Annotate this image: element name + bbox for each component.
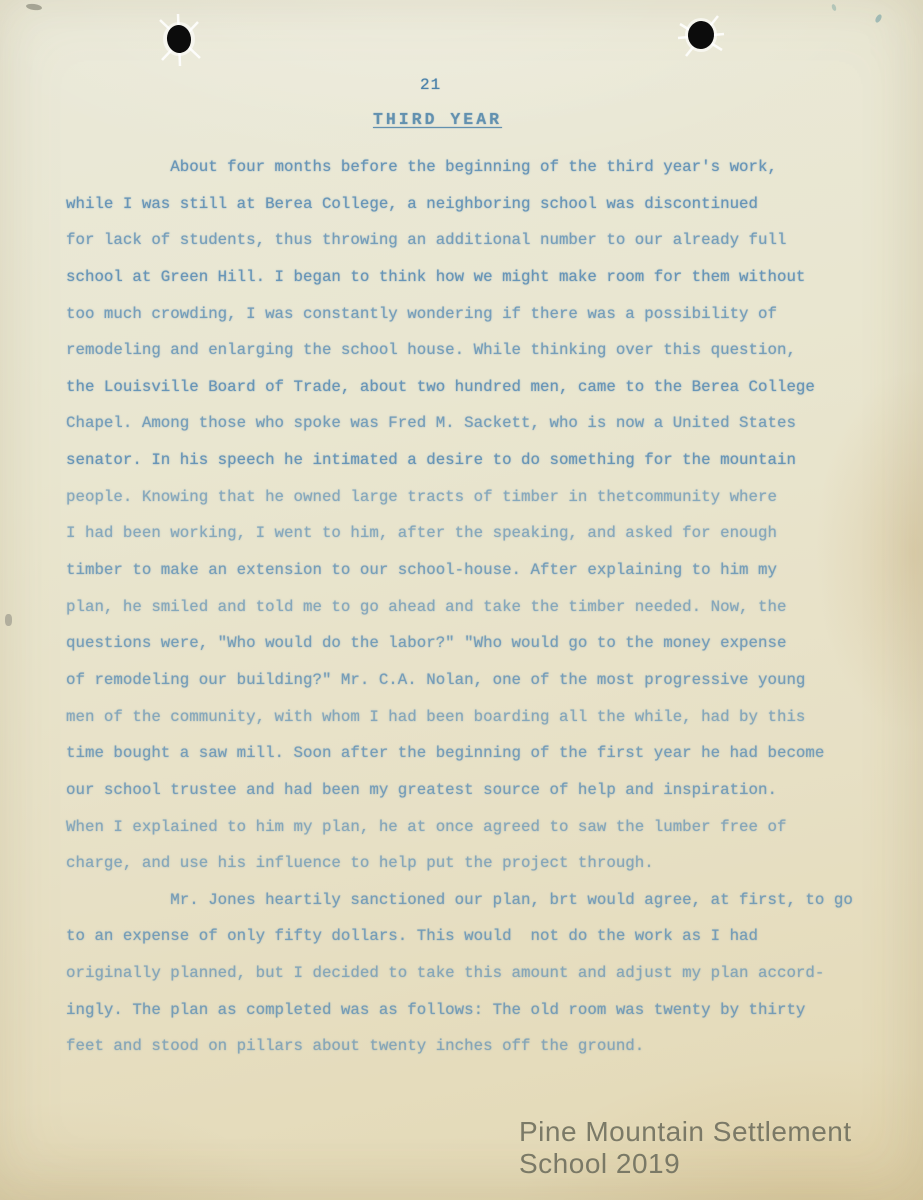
paper-speck	[874, 13, 883, 23]
punch-hole-left	[148, 8, 212, 72]
text-line: feet and stood on pillars about twenty i…	[66, 1028, 890, 1065]
text-line: time bought a saw mill. Soon after the b…	[66, 735, 890, 772]
scanned-document-page: 21 THIRD YEAR About four months before t…	[0, 0, 923, 1200]
text-line: questions were, "Who would do the labor?…	[66, 625, 890, 662]
text-line: people. Knowing that he owned large trac…	[66, 479, 890, 516]
page-number: 21	[420, 76, 441, 94]
text-line: remodeling and enlarging the school hous…	[66, 332, 890, 369]
paper-speck	[831, 4, 837, 12]
punch-hole-right	[670, 4, 734, 68]
text-line: senator. In his speech he intimated a de…	[66, 442, 890, 479]
text-line: our school trustee and had been my great…	[66, 772, 890, 809]
text-line: ingly. The plan as completed was as foll…	[66, 992, 890, 1029]
paper-speck	[5, 614, 12, 626]
text-line: originally planned, but I decided to tak…	[66, 955, 890, 992]
text-line: the Louisville Board of Trade, about two…	[66, 369, 890, 406]
text-line: charge, and use his influence to help pu…	[66, 845, 890, 882]
text-line: Chapel. Among those who spoke was Fred M…	[66, 405, 890, 442]
text-line: timber to make an extension to our schoo…	[66, 552, 890, 589]
text-line: too much crowding, I was constantly wond…	[66, 296, 890, 333]
text-line: Mr. Jones heartily sanctioned our plan, …	[66, 882, 890, 919]
text-line: men of the community, with whom I had be…	[66, 699, 890, 736]
page-title: THIRD YEAR	[373, 110, 502, 129]
text-line: school at Green Hill. I began to think h…	[66, 259, 890, 296]
text-line: to an expense of only fifty dollars. Thi…	[66, 918, 890, 955]
text-line: for lack of students, thus throwing an a…	[66, 222, 890, 259]
paper-speck	[26, 3, 43, 11]
text-line: I had been working, I went to him, after…	[66, 515, 890, 552]
text-line: of remodeling our building?" Mr. C.A. No…	[66, 662, 890, 699]
text-line: When I explained to him my plan, he at o…	[66, 809, 890, 846]
document-body: About four months before the beginning o…	[66, 149, 890, 1065]
text-line: while I was still at Berea College, a ne…	[66, 186, 890, 223]
text-line: About four months before the beginning o…	[66, 149, 890, 186]
watermark: Pine Mountain Settlement School 2019	[519, 1116, 923, 1180]
text-line: plan, he smiled and told me to go ahead …	[66, 589, 890, 626]
